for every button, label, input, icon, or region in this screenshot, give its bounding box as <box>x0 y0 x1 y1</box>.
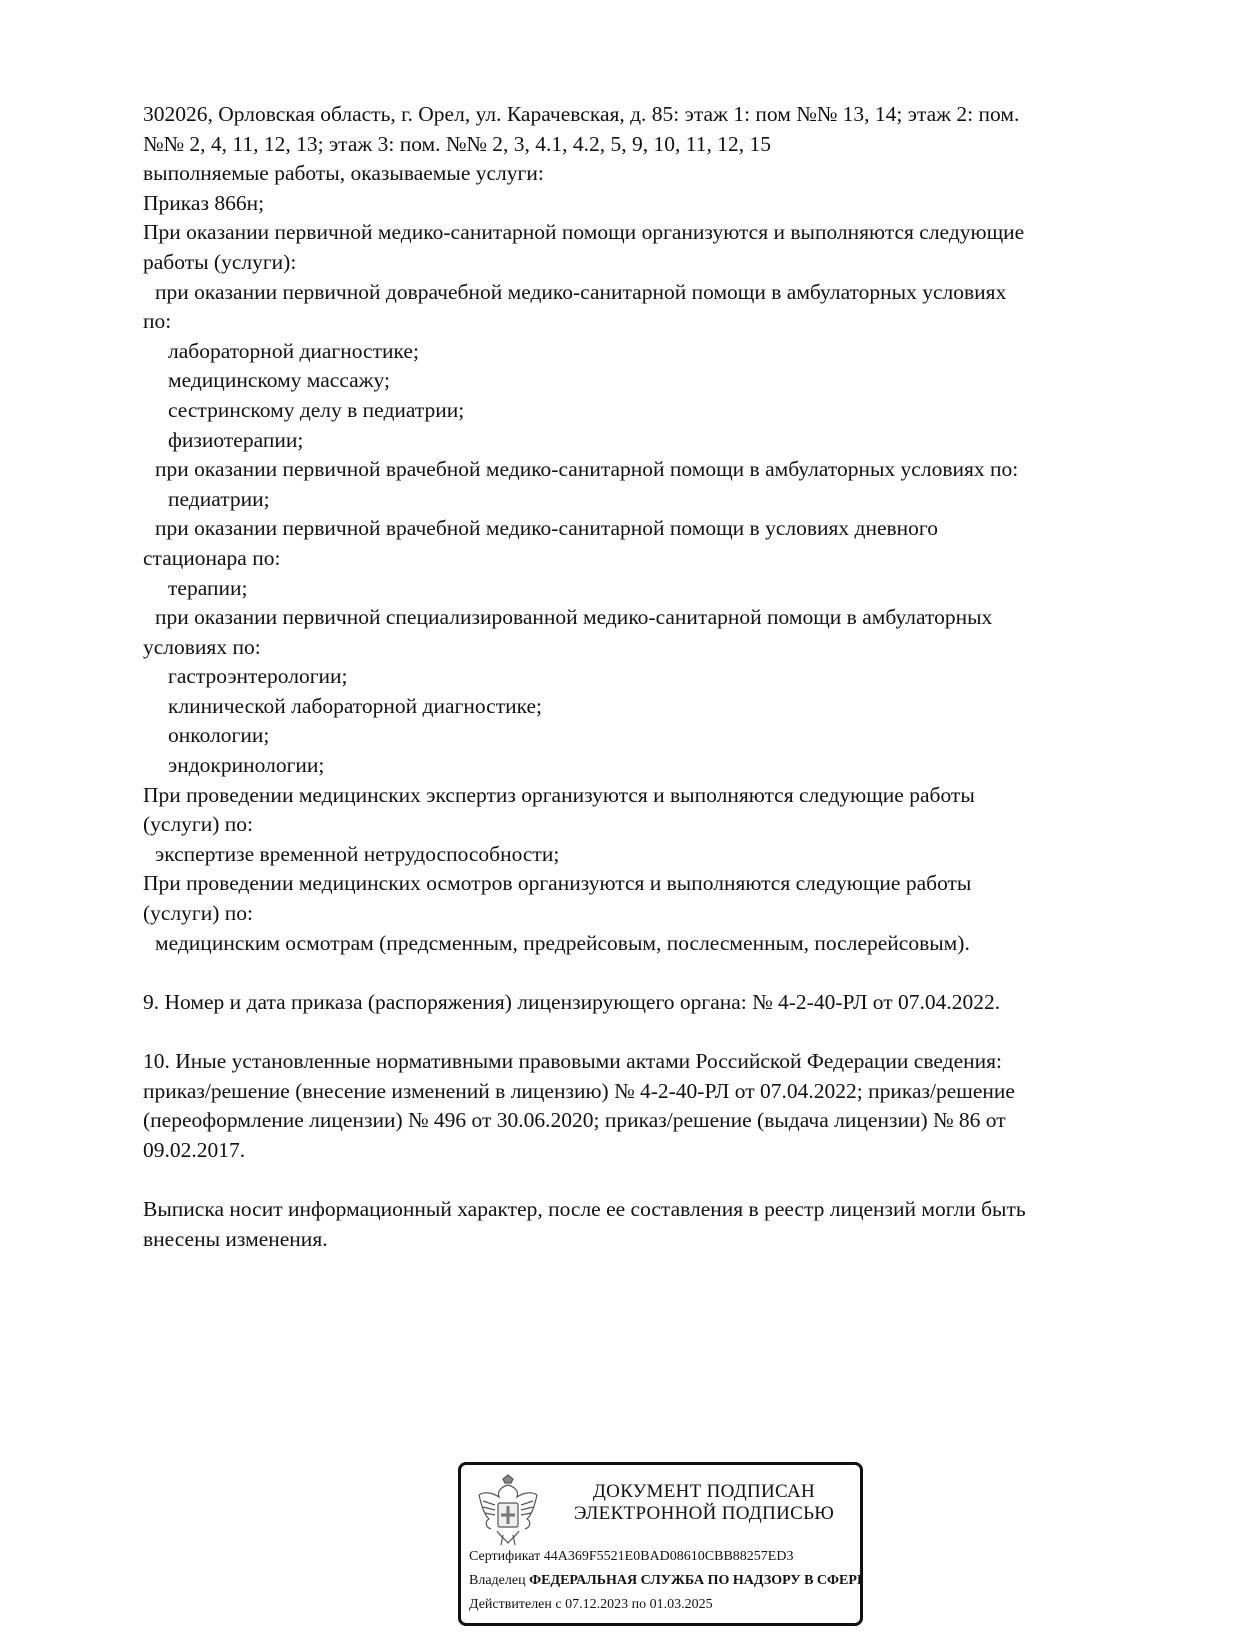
section-10: (переоформление лицензии) № 496 от 30.06… <box>143 1106 1163 1136</box>
list-item: гастроэнтерологии; <box>143 662 1163 692</box>
signature-title: ДОКУМЕНТ ПОДПИСАН ЭЛЕКТРОННОЙ ПОДПИСЬЮ <box>556 1481 852 1525</box>
list-item: физиотерапии; <box>143 426 1163 456</box>
section-10: 09.02.2017. <box>143 1136 1163 1166</box>
electronic-signature-stamp: ДОКУМЕНТ ПОДПИСАН ЭЛЕКТРОННОЙ ПОДПИСЬЮ С… <box>458 1462 863 1626</box>
section-heading: при оказании первичной врачебной медико-… <box>143 455 1163 485</box>
primary-care-intro: При оказании первичной медико-санитарной… <box>143 218 1163 248</box>
spacer <box>143 1017 1163 1047</box>
list-item: клинической лабораторной диагностике; <box>143 692 1163 722</box>
certificate-id: 44A369F5521E0BAD08610CBB88257ED3 <box>544 1549 794 1564</box>
section-heading: условиях по: <box>143 633 1163 663</box>
list-item: педиатрии; <box>143 485 1163 515</box>
section-9: 9. Номер и дата приказа (распоряжения) л… <box>143 988 1163 1018</box>
list-item: эндокринологии; <box>143 751 1163 781</box>
spacer <box>143 1165 1163 1195</box>
section-heading: при оказании первичной доврачебной медик… <box>143 278 1163 308</box>
list-item: лабораторной диагностике; <box>143 337 1163 367</box>
certificate-line: Сертификат 44A369F5521E0BAD08610CBB88257… <box>469 1549 793 1565</box>
document-page: 302026, Орловская область, г. Орел, ул. … <box>143 100 1163 1254</box>
list-item: терапии; <box>143 574 1163 604</box>
checkups-intro: При проведении медицинских осмотров орга… <box>143 869 1163 899</box>
order-ref: Приказ 866н; <box>143 189 1163 219</box>
primary-care-intro: работы (услуги): <box>143 248 1163 278</box>
list-item: медицинскому массажу; <box>143 366 1163 396</box>
list-item: экспертизе временной нетрудоспособности; <box>143 840 1163 870</box>
validity-line: Действителен с 07.12.2023 по 01.03.2025 <box>469 1597 713 1613</box>
list-item: сестринскому делу в педиатрии; <box>143 396 1163 426</box>
list-item: онкологии; <box>143 721 1163 751</box>
section-heading: по: <box>143 307 1163 337</box>
owner-name: ФЕДЕРАЛЬНАЯ СЛУЖБА ПО НАДЗОРУ В СФЕРЕ ЗД… <box>529 1573 863 1588</box>
works-label: выполняемые работы, оказываемые услуги: <box>143 159 1163 189</box>
section-10: 10. Иные установленные нормативными прав… <box>143 1047 1163 1077</box>
address-line-1: 302026, Орловская область, г. Орел, ул. … <box>143 100 1163 130</box>
address-line-2: №№ 2, 4, 11, 12, 13; этаж 3: пом. №№ 2, … <box>143 130 1163 160</box>
owner-line: Владелец ФЕДЕРАЛЬНАЯ СЛУЖБА ПО НАДЗОРУ В… <box>469 1573 863 1589</box>
checkups-intro: (услуги) по: <box>143 899 1163 929</box>
spacer <box>143 958 1163 988</box>
section-heading: при оказании первичной врачебной медико-… <box>143 514 1163 544</box>
disclaimer: Выписка носит информационный характер, п… <box>143 1195 1163 1225</box>
expertise-intro: При проведении медицинских экспертиз орг… <box>143 781 1163 811</box>
list-item: медицинским осмотрам (предсменным, предр… <box>143 929 1163 959</box>
section-heading: стационара по: <box>143 544 1163 574</box>
disclaimer: внесены изменения. <box>143 1225 1163 1255</box>
section-heading: при оказании первичной специализированно… <box>143 603 1163 633</box>
section-10: приказ/решение (внесение изменений в лиц… <box>143 1077 1163 1107</box>
russian-coat-of-arms-icon <box>475 1473 541 1549</box>
expertise-intro: (услуги) по: <box>143 810 1163 840</box>
